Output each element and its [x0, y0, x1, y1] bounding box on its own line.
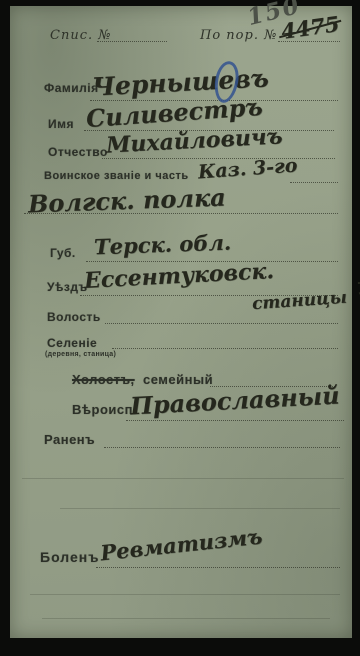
ruled-line	[105, 323, 338, 324]
ruled-line	[97, 41, 167, 42]
ruled-line	[126, 420, 344, 421]
family-label: семейный	[143, 372, 213, 387]
ruled-line	[22, 478, 344, 479]
district-label: Уѣздъ	[47, 280, 88, 294]
sick-label: Боленъ	[40, 549, 99, 565]
patronymic-label: Отчество	[48, 145, 108, 159]
ruled-line	[30, 594, 340, 595]
first-name-label: Имя	[48, 117, 74, 131]
ruled-line	[290, 182, 338, 183]
wounded-label: Раненъ	[44, 432, 95, 447]
military-rank-label: Воинское званіе и часть	[44, 170, 189, 182]
village-sublabel: (деревня, станица)	[45, 351, 116, 358]
ruled-line	[60, 508, 340, 509]
volost-label: Волость	[47, 310, 101, 324]
single-label-struck: Холостъ,	[72, 372, 135, 387]
province-label: Губ.	[50, 246, 76, 260]
ruled-line	[104, 447, 340, 448]
ruled-line	[42, 618, 330, 619]
province-value: Терск. обл.	[94, 230, 232, 260]
ruled-line	[96, 567, 340, 568]
scanned-card-photo: Спис. № По пор. № 4475 150 Фамилія Черны…	[0, 0, 360, 656]
ruled-line	[112, 348, 338, 349]
religion-label: Вѣроисп.	[72, 402, 137, 417]
ruled-line	[24, 213, 338, 214]
ruled-line	[102, 158, 335, 159]
order-number-label: По пор. №	[200, 28, 277, 43]
surname-label: Фамилія	[44, 81, 99, 95]
village-label: Селеніе	[47, 336, 97, 350]
